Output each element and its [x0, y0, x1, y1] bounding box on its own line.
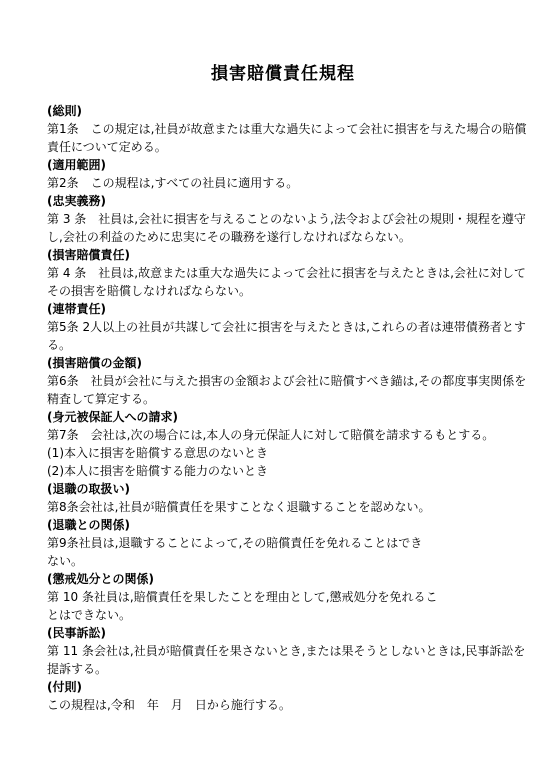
- section-heading: (忠実義務): [47, 192, 519, 210]
- document-line: ない。: [47, 552, 519, 570]
- section-heading: (損害賠償の金額): [47, 354, 519, 372]
- section-heading: (退職との関係): [47, 516, 519, 534]
- document-line: 第 11 条会社は,社員が賠償責任を果さないとき,または果そうとしないときは,民…: [47, 642, 519, 660]
- document-page: 損害賠償責任規程 (総則)第1条 この規定は,社員が故意または重大な過失によって…: [47, 62, 519, 714]
- document-line: 第 4 条 社員は,故意または重大な過失によって会社に損害を与えたときは,会社に…: [47, 264, 519, 282]
- document-line: る。: [47, 336, 519, 354]
- document-line: し,会社の利益のために忠実にその職務を遂行しなければならない。: [47, 228, 519, 246]
- document-line: 第1条 この規定は,社員が故意または重大な過失によって会社に損害を与えた場合の賠…: [47, 120, 519, 138]
- document-line: 提訴する。: [47, 660, 519, 678]
- document-line: 第2条 この規程は,すべての社員に適用する。: [47, 174, 519, 192]
- document-line: この規程は,令和 年 月 日から施行する。: [47, 696, 519, 714]
- section-heading: (連帯責任): [47, 300, 519, 318]
- document-line: 第5条 2人以上の社員が共謀して会社に損害を与えたときは,これらの者は連帯債務者…: [47, 318, 519, 336]
- section-heading: (適用範囲): [47, 156, 519, 174]
- document-line: 第7条 会社は,次の場合には,本人の身元保証人に対して賠償を請求するもとする。: [47, 426, 519, 444]
- document-line: (1)本入に損害を賠償する意思のないとき: [47, 444, 519, 462]
- section-heading: (懲戒処分との関係): [47, 570, 519, 588]
- section-heading: (総則): [47, 102, 519, 120]
- document-title: 損害賠償責任規程: [47, 62, 519, 86]
- document-line: とはできない。: [47, 606, 519, 624]
- section-heading: (民事訴訟): [47, 624, 519, 642]
- document-line: 責任について定める。: [47, 138, 519, 156]
- section-heading: (退職の取扱い): [47, 480, 519, 498]
- document-line: 第9条社員は,退職することによって,その賠償責任を免れることはでき: [47, 534, 519, 552]
- section-heading: (身元被保証人への請求): [47, 408, 519, 426]
- document-line: 第 10 条社員は,賠償責任を果したことを理由として,懲戒処分を免れるこ: [47, 588, 519, 606]
- document-line: 第8条会社は,社員が賠償責任を果すことなく退職することを認めない。: [47, 498, 519, 516]
- document-line: 第6条 社員が会社に与えた損害の金額および会社に賠償すべき錨は,その都度事実関係…: [47, 372, 519, 390]
- section-heading: (損害賠償責任): [47, 246, 519, 264]
- document-line: 第 3 条 社員は,会社に損害を与えることのないよう,法令および会社の規則・規程…: [47, 210, 519, 228]
- section-heading: (付則): [47, 678, 519, 696]
- document-line: (2)本人に損害を賠償する能力のないとき: [47, 462, 519, 480]
- document-line: その損害を賠償しなければならない。: [47, 282, 519, 300]
- document-line: 精査して算定する。: [47, 390, 519, 408]
- document-body: (総則)第1条 この規定は,社員が故意または重大な過失によって会社に損害を与えた…: [47, 102, 519, 714]
